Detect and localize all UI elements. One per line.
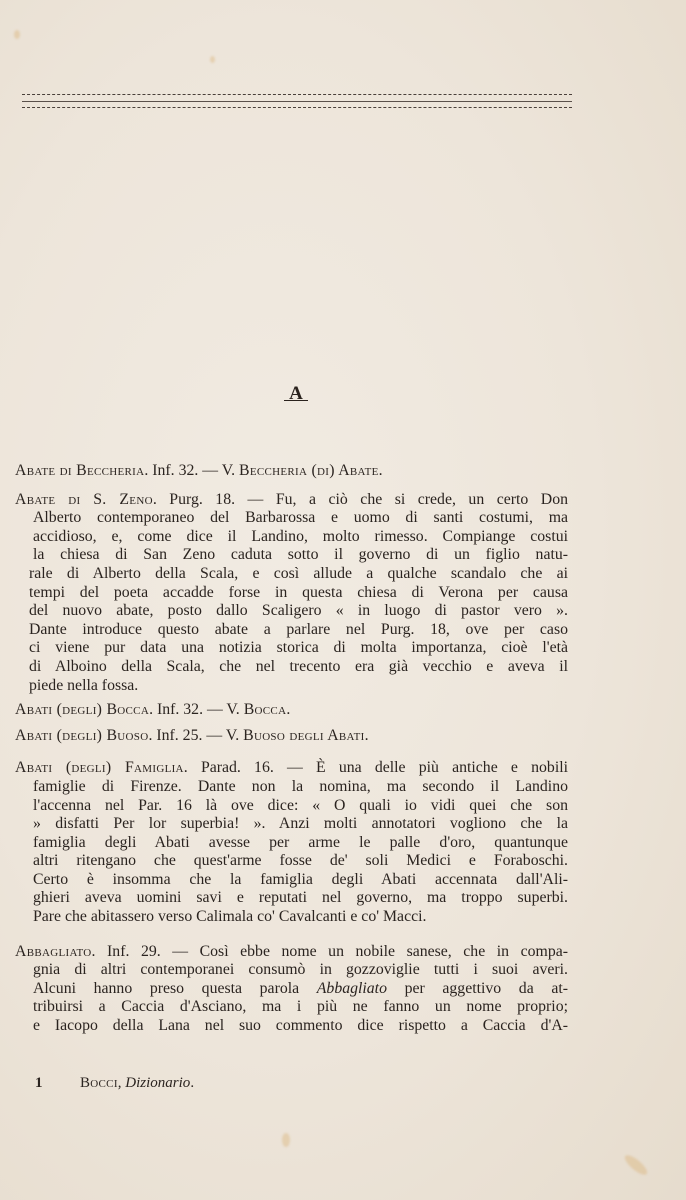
solid-rule: [22, 101, 572, 102]
paper-stain: [282, 1133, 290, 1147]
entry-text: per aggettivo da at-: [387, 980, 568, 997]
signature-footer: 1Bocci, Dizionario.: [35, 1075, 194, 1092]
entry-text: . Inf. 25. — V.: [148, 727, 243, 744]
entry-line: del nuovo abate, posto dallo Scaligero «…: [15, 602, 568, 621]
footer-title: Dizionario: [125, 1075, 190, 1091]
entry-line: altri ritengano che quest'arme fosse de'…: [15, 852, 568, 871]
signature-mark: 1: [35, 1075, 80, 1092]
dashed-rule: [22, 107, 572, 108]
entry-line: l'accenna nel Par. 16 là ove dice: « O q…: [15, 797, 568, 816]
entry-line: ghieri aveva uomini savi e reputati nel …: [15, 889, 568, 908]
cross-reference: Buoso degli Abati: [243, 727, 364, 744]
entry-line: ci viene pur data una notizia storica di…: [15, 639, 568, 658]
headword: Abate di Beccheria: [15, 462, 144, 479]
entry-abate-di-s-zeno: Abate di S. Zeno. Purg. 18. — Fu, a ciò …: [15, 491, 568, 696]
entry-line: famiglia degli Abati avesse per arme le …: [15, 834, 568, 853]
entry-abate-di-beccheria: Abate di Beccheria. Inf. 32. — V. Becche…: [15, 462, 568, 481]
entry-line: » disfatti Per lor superbia! ». Anzi mol…: [15, 815, 568, 834]
header-ornamental-rule: [22, 94, 572, 110]
dashed-rule: [22, 94, 572, 95]
italic-term: Abbagliato: [317, 980, 387, 997]
entry-line: e Iacopo della Lana nel suo commento dic…: [15, 1017, 568, 1036]
headword: Abati (degli) Buoso: [15, 727, 148, 744]
paper-stain: [622, 1152, 650, 1178]
footer-punctuation: .: [190, 1075, 194, 1091]
headword: Abate di S. Zeno: [15, 491, 153, 508]
punctuation: .: [365, 727, 369, 744]
entry-line: Dante introduce questo abate a parlare n…: [15, 621, 568, 640]
entry-line: piede nella fossa.: [15, 677, 568, 696]
headword: Abati (degli) Bocca: [15, 701, 149, 718]
section-letter-heading: A: [284, 386, 308, 401]
entry-abati-bocca: Abati (degli) Bocca. Inf. 32. — V. Bocca…: [15, 701, 568, 720]
punctuation: .: [286, 701, 290, 718]
entry-text: . Inf. 32. — V.: [144, 462, 239, 479]
cross-reference: Beccheria (di) Abate: [239, 462, 379, 479]
entry-line: gnia di altri contemporanei consumò in g…: [15, 961, 568, 980]
entry-text: . Inf. 29. — Così ebbe nome un nobile sa…: [92, 943, 568, 960]
entry-line: rale di Alberto della Scala, e così allu…: [15, 565, 568, 584]
entry-line: tempi del poeta accadde forse in questa …: [15, 584, 568, 603]
entry-line: Alberto contemporaneo del Barbarossa e u…: [15, 509, 568, 528]
entry-abbagliato: Abbagliato. Inf. 29. — Così ebbe nome un…: [15, 943, 568, 1036]
cross-reference: Bocca: [244, 701, 287, 718]
entry-text: . Parad. 16. — È una delle più antiche e…: [184, 759, 568, 776]
entry-line: Alcuni hanno preso questa parola Abbagli…: [15, 980, 568, 999]
entry-line: famiglie di Firenze. Dante non la nomina…: [15, 778, 568, 797]
entry-line: Pare che abitassero verso Calimala co' C…: [15, 908, 568, 927]
entry-abati-buoso: Abati (degli) Buoso. Inf. 25. — V. Buoso…: [15, 727, 568, 746]
entry-line: la chiesa di San Zeno caduta sotto il go…: [15, 546, 568, 565]
dictionary-entries: Abate di Beccheria. Inf. 32. — V. Becche…: [15, 462, 568, 1036]
book-page: A Abate di Beccheria. Inf. 32. — V. Becc…: [0, 0, 686, 1200]
paper-stain: [210, 56, 215, 63]
entry-line: di Alboino della Scala, che nel trecento…: [15, 658, 568, 677]
entry-line: Certo è insomma che la famiglia degli Ab…: [15, 871, 568, 890]
entry-line: accidioso, e, come dice il Landino, molt…: [15, 528, 568, 547]
footer-author: Bocci: [80, 1075, 118, 1091]
entry-text: Alcuni hanno preso questa parola: [33, 980, 317, 997]
entry-abati-famiglia: Abati (degli) Famiglia. Parad. 16. — È u…: [15, 759, 568, 926]
entry-line: tribuirsi a Caccia d'Asciano, ma i più n…: [15, 998, 568, 1017]
paper-stain: [14, 30, 20, 39]
headword: Abbagliato: [15, 943, 92, 960]
headword: Abati (degli) Famiglia: [15, 759, 184, 776]
punctuation: .: [379, 462, 383, 479]
entry-text: . Inf. 32. — V.: [149, 701, 244, 718]
entry-text: . Purg. 18. — Fu, a ciò che si crede, un…: [153, 491, 568, 508]
